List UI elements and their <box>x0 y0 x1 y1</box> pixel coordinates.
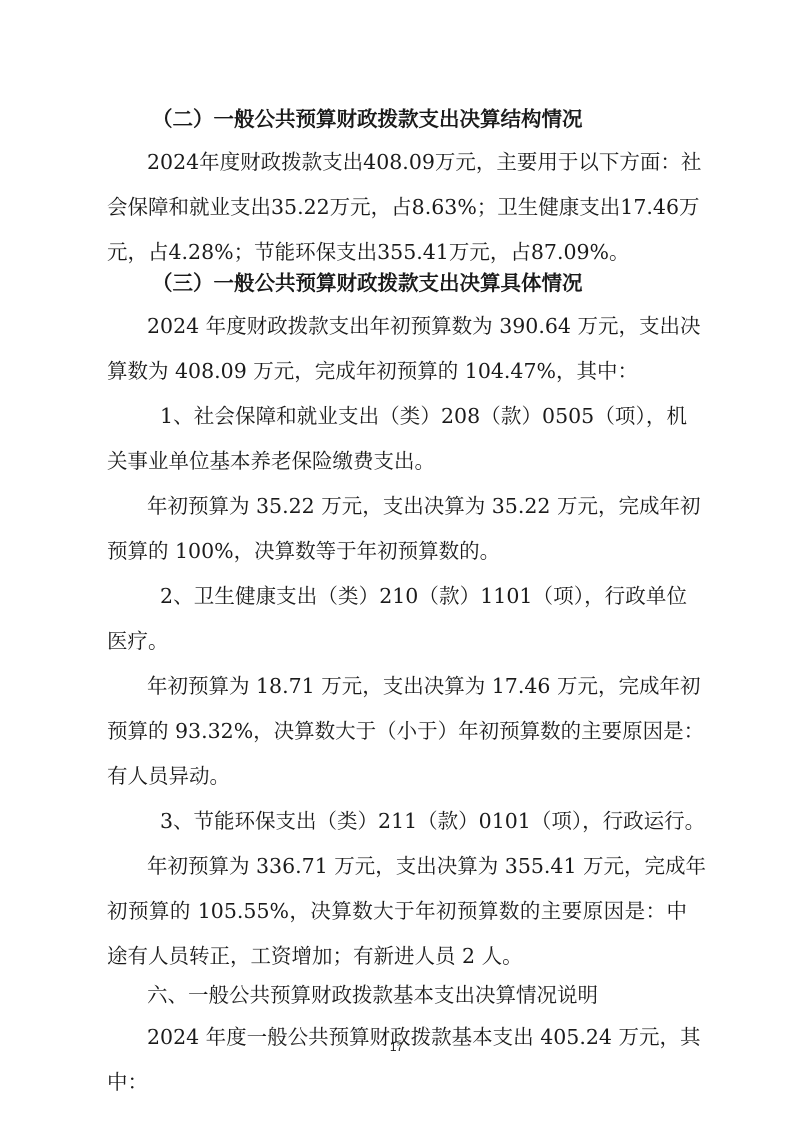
item-heading-health: 2、卫生健康支出（类）210（款）1101（项），行政单位 <box>160 584 687 608</box>
page-number: 17 <box>0 1040 793 1054</box>
paragraph-line: 有人员异动。 <box>107 764 230 788</box>
section-heading-basic-expenditure: 六、一般公共预算财政拨款基本支出决算情况说明 <box>147 983 598 1007</box>
paragraph-line: 医疗。 <box>107 629 169 653</box>
paragraph-line: 年初预算为 18.71 万元，支出决算为 17.46 万元，完成年初 <box>147 674 687 698</box>
paragraph-line: 途有人员转正，工资增加；有新进人员 2 人。 <box>107 944 523 968</box>
paragraph-line: 预算的 93.32%，决算数大于（小于）年初预算数的主要原因是： <box>107 719 687 743</box>
paragraph-line: 初预算的 105.55%，决算数大于年初预算数的主要原因是：中 <box>107 899 687 923</box>
paragraph-line: 年初预算为 336.71 万元，支出决算为 355.41 万元，完成年 <box>147 854 687 878</box>
item-heading-social-security: 1、社会保障和就业支出（类）208（款）0505（项），机 <box>160 404 687 428</box>
paragraph-line: 预算的 100%，决算数等于年初预算数的。 <box>107 539 500 563</box>
item-heading-energy-environment: 3、节能环保支出（类）211（款）0101（项），行政运行。 <box>160 809 687 833</box>
paragraph-line: 年初预算为 35.22 万元，支出决算为 35.22 万元，完成年初 <box>147 494 687 518</box>
paragraph-line: 算数为 408.09 万元，完成年初预算的 104.47%，其中： <box>107 359 638 383</box>
paragraph-line: 2024 年度财政拨款支出年初预算数为 390.64 万元，支出决 <box>147 314 687 338</box>
paragraph-line: 元，占4.28%；节能环保支出355.41万元，占87.09%。 <box>107 240 630 264</box>
section-heading-details: （三）一般公共预算财政拨款支出决算具体情况 <box>152 271 583 295</box>
paragraph-line: 会保障和就业支出35.22万元，占8.63%；卫生健康支出17.46万 <box>107 195 687 219</box>
document-page: （二）一般公共预算财政拨款支出决算结构情况 2024年度财政拨款支出408.09… <box>0 0 793 1122</box>
paragraph-line: 中： <box>107 1070 148 1094</box>
paragraph-line: 2024年度财政拨款支出408.09万元，主要用于以下方面：社 <box>147 150 687 174</box>
section-heading-structure: （二）一般公共预算财政拨款支出决算结构情况 <box>152 107 583 131</box>
paragraph-line: 关事业单位基本养老保险缴费支出。 <box>107 449 435 473</box>
